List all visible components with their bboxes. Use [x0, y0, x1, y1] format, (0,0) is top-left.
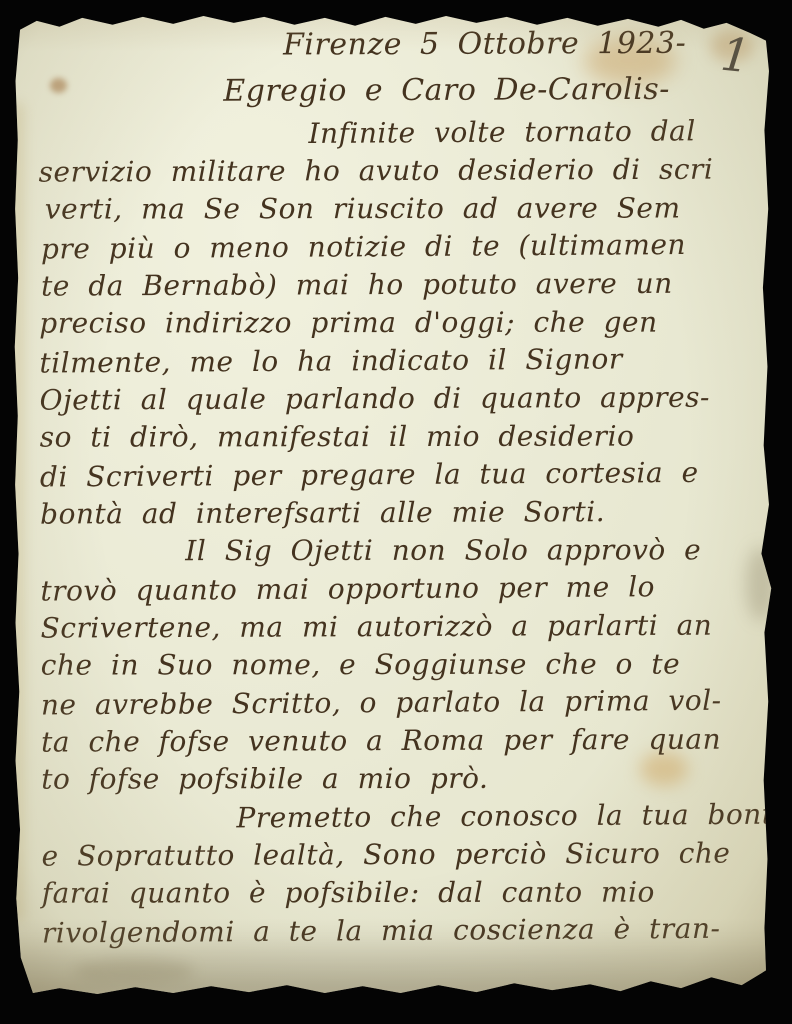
letter-body: Infinite volte tornato dalservizio milit… — [38, 112, 768, 951]
letter-line: che in Suo nome, e Soggiunse che o te — [41, 645, 767, 684]
letter-line: Scrivertene, ma mi autorizzò a parlarti … — [41, 606, 767, 647]
letter-line: pre più o meno notizie di te (ultimamen — [41, 225, 765, 268]
letter-line: Premetto che conosco la tua bontà — [236, 796, 767, 838]
letter-line: ta che fofse venuto a Roma per fare quan — [41, 720, 767, 761]
letter-line: e Sopratutto lealtà, Sono perciò Sicuro … — [42, 834, 768, 875]
paper-stain — [74, 958, 194, 984]
letter-line: so ti dirò, manifestai il mio desiderio — [40, 417, 766, 456]
letter-line: rivolgendomi a te la mia coscienza è tra… — [42, 909, 768, 952]
letter-line: preciso indirizzo prima d'oggi; che gen — [39, 303, 765, 342]
paper-stain — [10, 102, 24, 922]
letter-line: farai quanto è pofsibile: dal canto mio — [42, 873, 768, 912]
letter-line: ne avrebbe Scritto, o parlato la prima v… — [41, 681, 767, 724]
letter-line: te da Bernabò) mai ho potuto avere un — [41, 264, 765, 305]
letter-paper: Firenze 5 Ottobre 1923- Egregio e Caro D… — [14, 12, 772, 997]
letter-line: Il Sig Ojetti non Solo approvò e — [185, 531, 766, 570]
letter-line: bontà ad interefsarti alle mie Sorti. — [40, 492, 766, 533]
letter-line: servizio militare ho avuto desiderio di … — [39, 150, 765, 191]
letter-line: tilmente, me lo ha indicato il Signor — [39, 339, 765, 382]
letter-line: di Scriverti per pregare la tua cortesia… — [40, 453, 766, 496]
page-number: 1 — [718, 31, 752, 80]
photo-frame: Firenze 5 Ottobre 1923- Egregio e Caro D… — [0, 0, 792, 1024]
salutation-line: Egregio e Caro De-Carolis- — [223, 66, 764, 114]
letter-line: Ojetti al quale parlando di quanto appre… — [40, 378, 766, 419]
date-line: Firenze 5 Ottobre 1923- — [283, 20, 764, 68]
letter-line: verti, ma Se Son riuscito ad avere Sem — [45, 189, 765, 228]
letter-text: Firenze 5 Ottobre 1923- Egregio e Caro D… — [38, 20, 768, 951]
letter-line: Infinite volte tornato dal — [308, 112, 764, 153]
letter-line: to fofse pofsibile a mio prò. — [41, 759, 767, 798]
letter-line: trovò quanto mai opportuno per me lo — [40, 567, 766, 610]
